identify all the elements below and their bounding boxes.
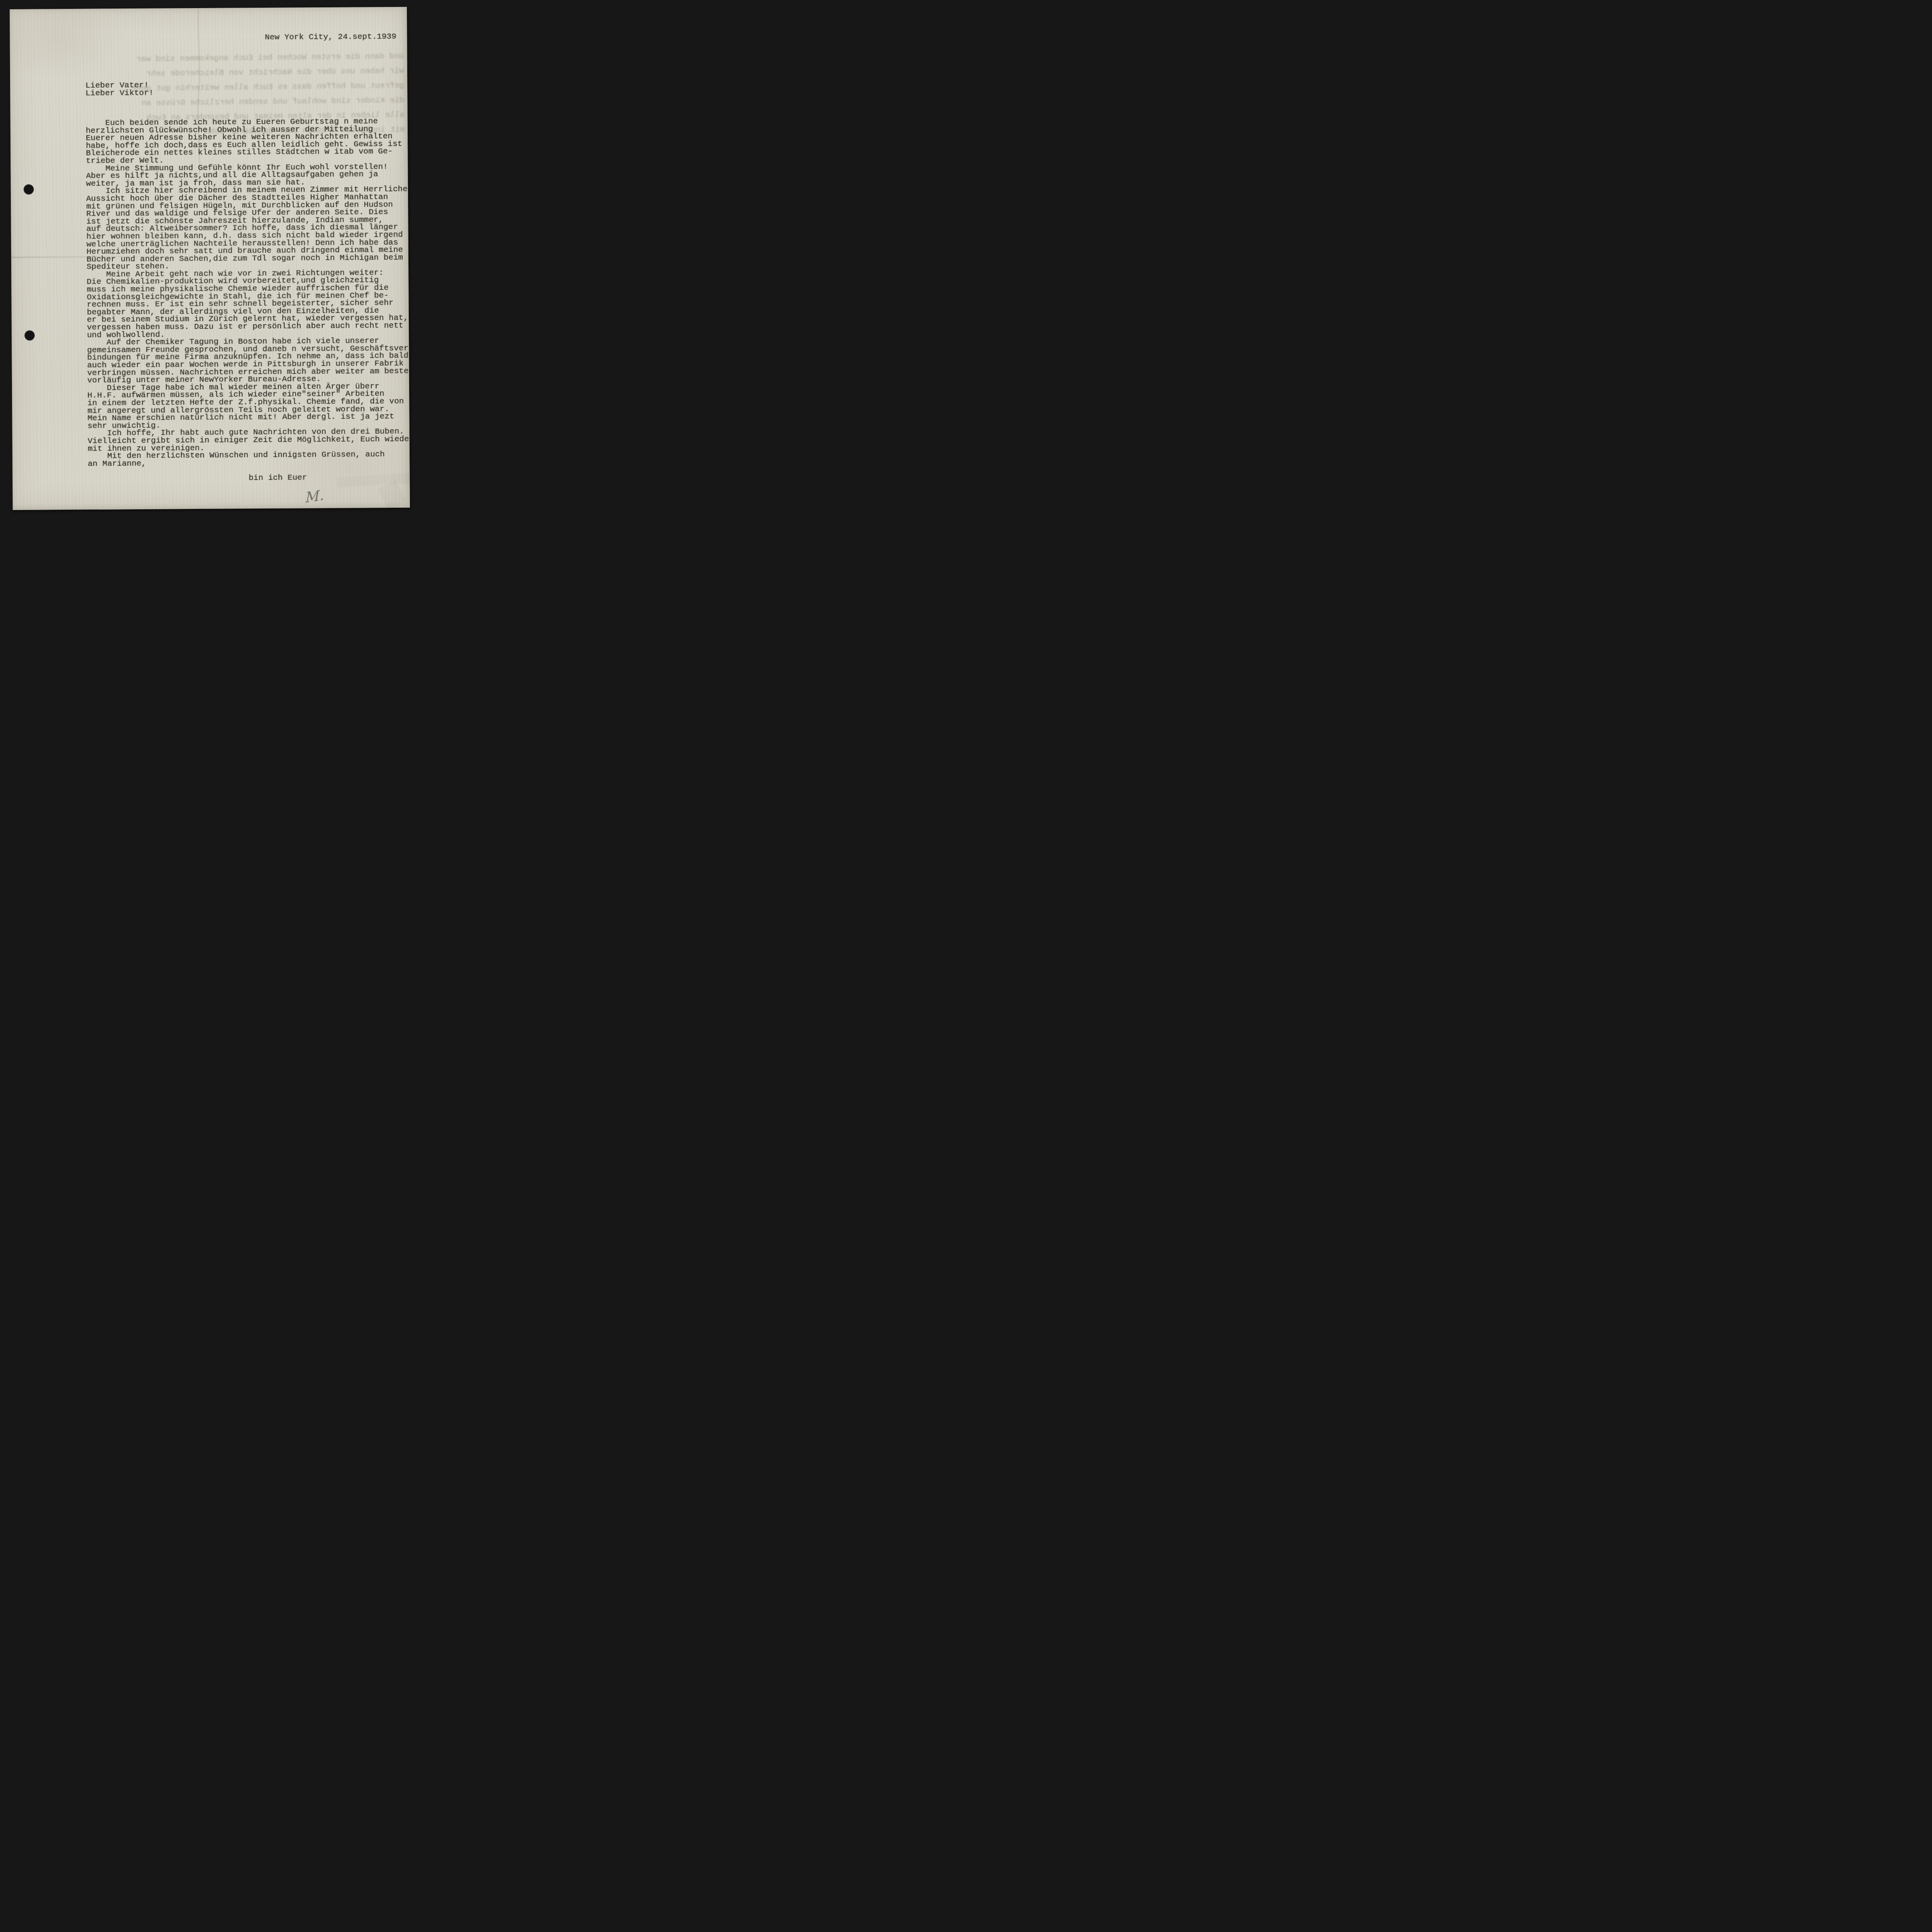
- punch-hole-top: [24, 184, 34, 195]
- letter-body: Euch beiden sende ich heute zu Eueren Ge…: [86, 118, 410, 483]
- paragraph-birthday-wishes: Euch beiden sende ich heute zu Eueren Ge…: [86, 118, 409, 165]
- paragraph-work: Meine Arbeit geht nach wie vor in zwei R…: [87, 269, 410, 339]
- paragraph-mood: Meine Stimmung und Gefühle könnt Ihr Euc…: [86, 163, 409, 188]
- paragraph-greetings: Mit den herzlichsten Wünschen und innigs…: [88, 451, 410, 468]
- paragraph-boston-meeting: Auf der Chemiker Tagung in Boston habe i…: [87, 337, 410, 385]
- salutation: Lieber Vater! Lieber Viktor!: [85, 82, 154, 97]
- paragraph-hhf-annoyance: Dieser Tage habe ich mal wieder meinen a…: [87, 383, 410, 430]
- pencil-mark: M.: [306, 487, 324, 506]
- date-line: New York City, 24.sept.1939: [265, 32, 396, 42]
- pencil-scribble-small: [378, 481, 406, 510]
- paragraph-new-room: Ich sitze hier schreibend in meinem neue…: [86, 186, 410, 271]
- paragraph-three-boys: Ich hoffe, Ihr habt auch gute Nachrichte…: [88, 428, 410, 453]
- punch-hole-bottom: [24, 330, 35, 341]
- dust-specks: [0, 0, 1, 1]
- letter-paper: und dann die ersten Wochen bei Euch ange…: [10, 7, 410, 510]
- scanned-letter-page: { "document_kind": "typewritten letter s…: [0, 0, 413, 530]
